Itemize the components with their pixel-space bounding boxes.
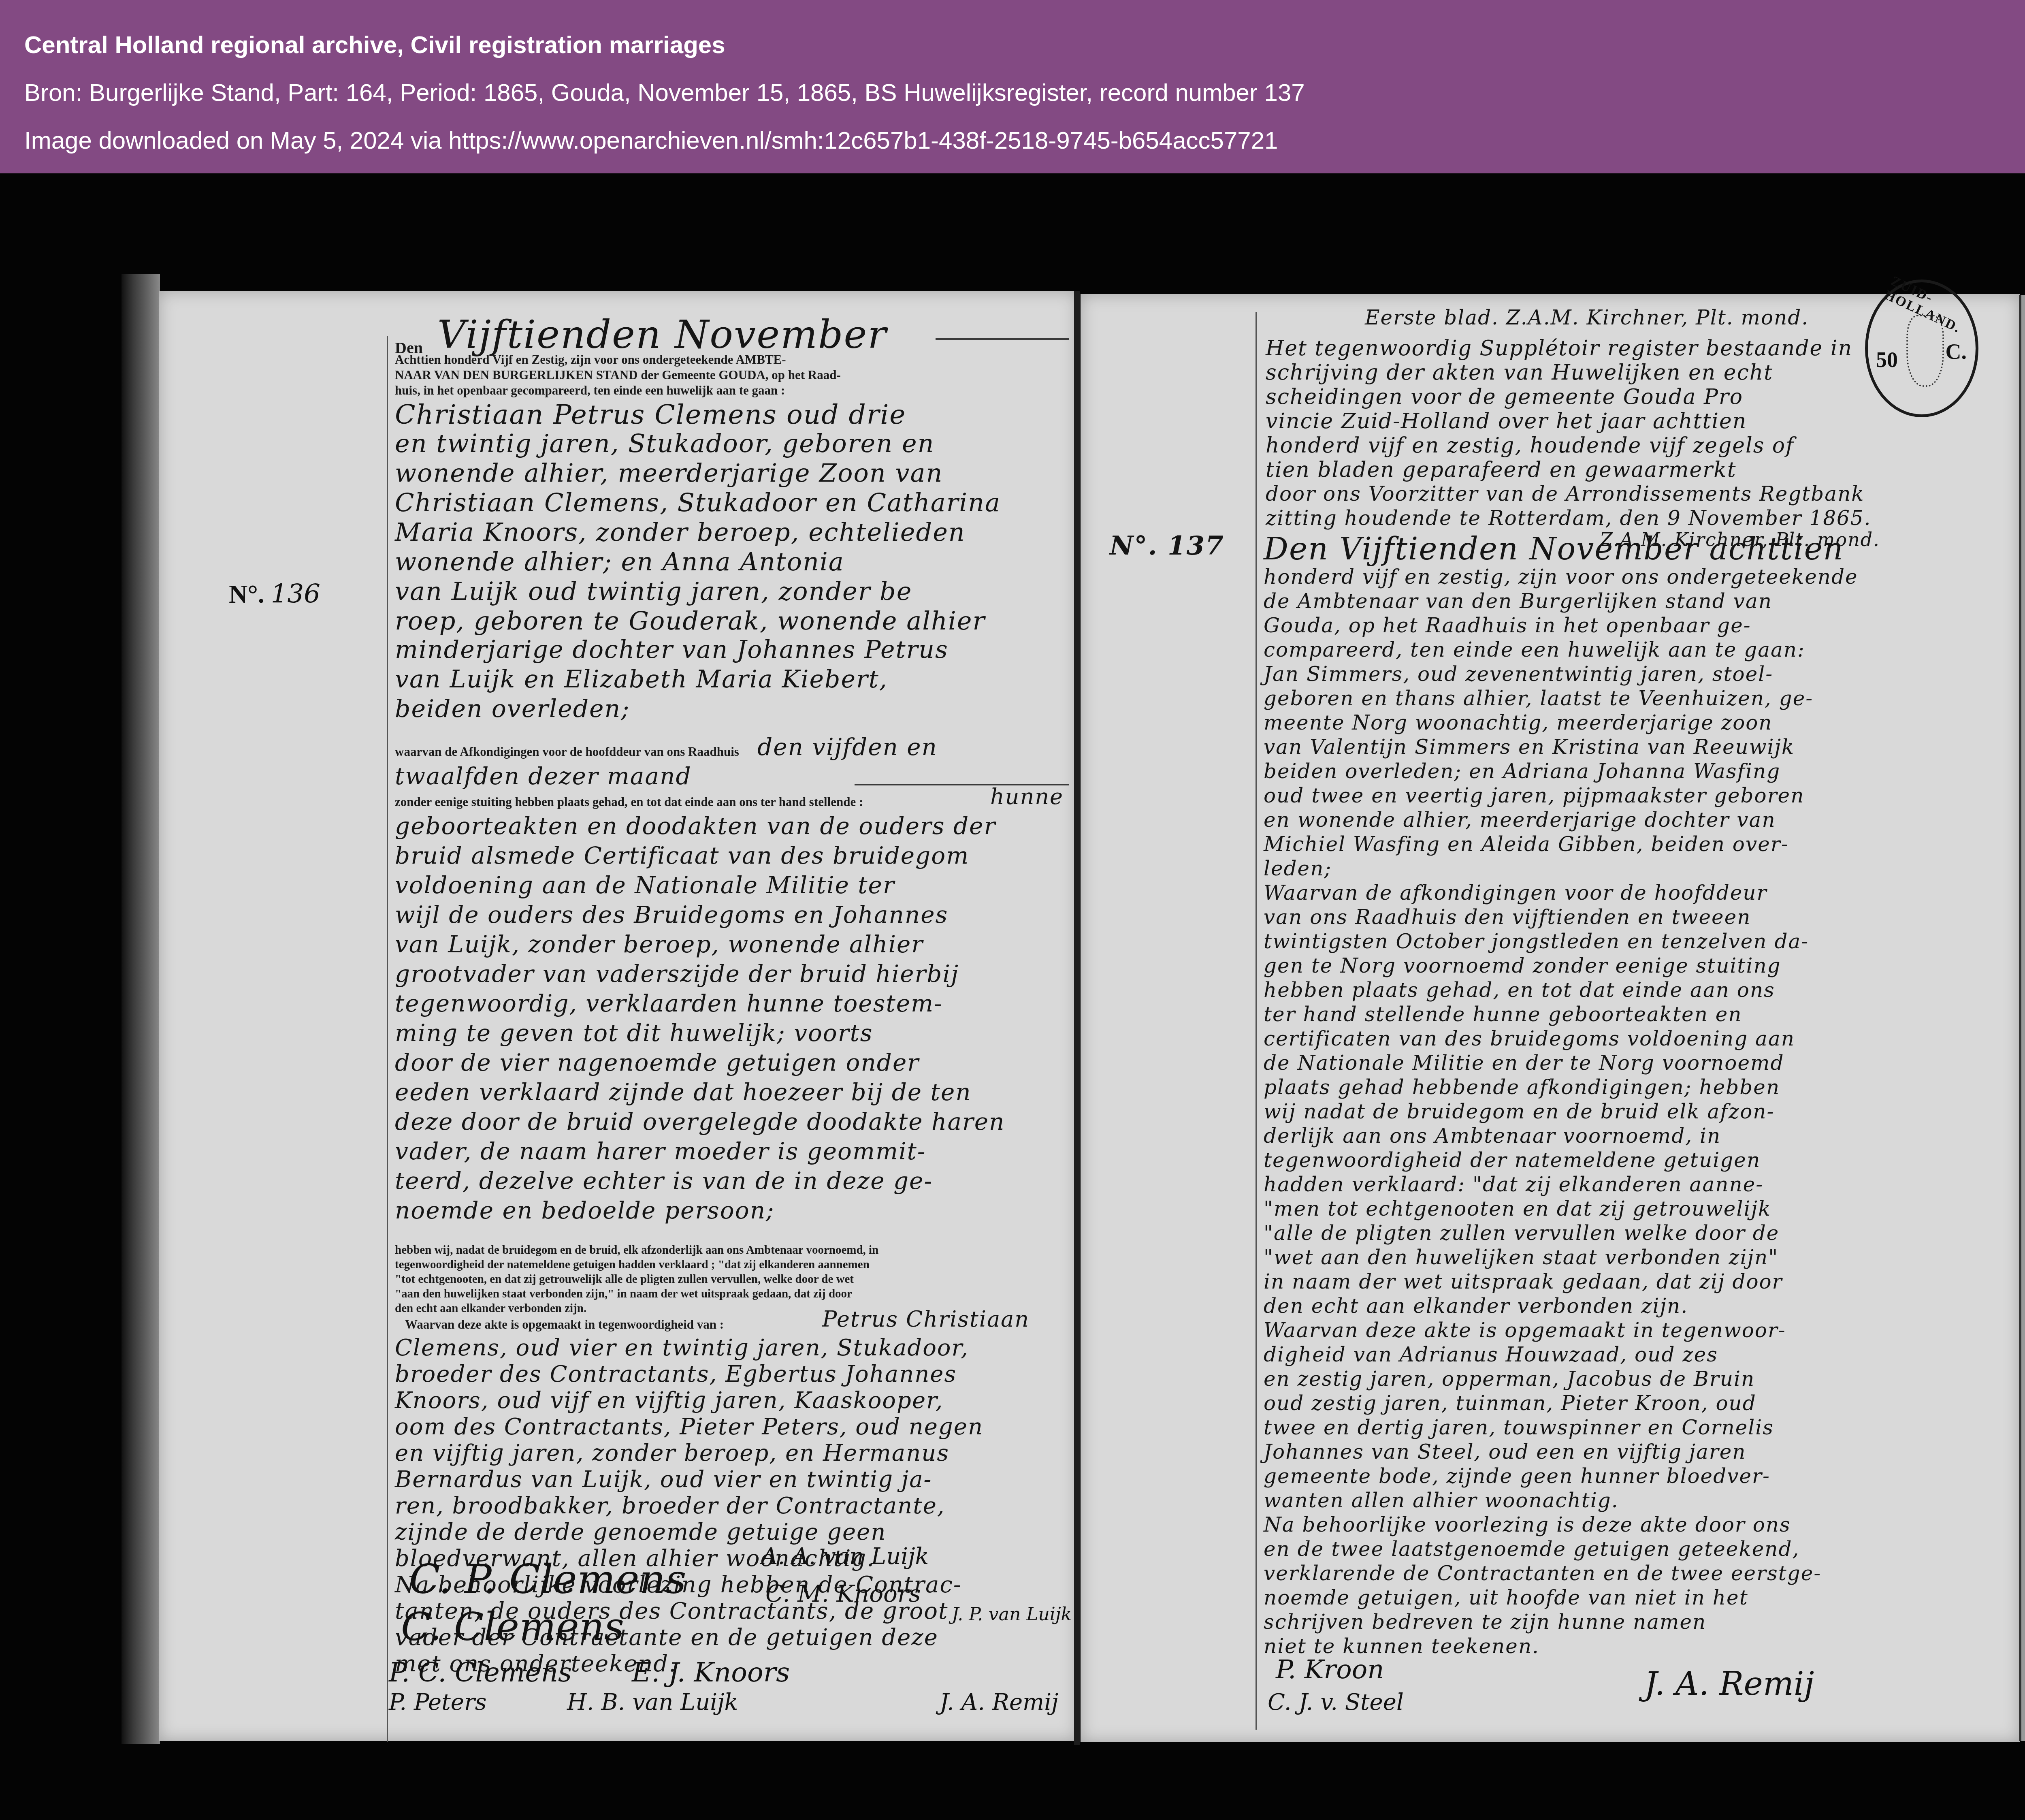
proclamation-dates-1: den vijfden en — [757, 733, 938, 761]
signature: E. J. Knoors — [632, 1657, 790, 1688]
bleed-through-text — [194, 365, 296, 379]
archive-title: Central Holland regional archive, Civil … — [24, 21, 2025, 69]
proclamation-dates-2: twaalfden dezer maand — [395, 762, 692, 790]
signature: J. P. van Luijk — [952, 1604, 1072, 1625]
signature: A. A. van Luijk — [761, 1543, 929, 1570]
date-handwritten: Vijftienden November — [437, 312, 887, 357]
left-margin-rule — [387, 336, 388, 1742]
crest-icon — [1906, 315, 1944, 387]
stamp-value: 50 — [1876, 347, 1898, 372]
rule — [936, 338, 1069, 340]
signature: C. P. Clemens — [409, 1555, 686, 1603]
stamp-unit: C. — [1946, 339, 1967, 364]
signature: C. J. v. Steel — [1268, 1689, 1404, 1715]
printed-witness-intro: Waarvan deze akte is opgemaakt in tegenw… — [405, 1317, 724, 1332]
record-number-136: N°. 136 — [229, 579, 320, 609]
download-note: Image downloaded on May 5, 2024 via http… — [24, 117, 2025, 164]
signature: H. B. van Luijk — [567, 1689, 738, 1715]
book-spine — [1074, 291, 1080, 1745]
signature: P. Peters — [389, 1689, 486, 1715]
source-citation: Bron: Burgerlijke Stand, Part: 164, Peri… — [24, 69, 2025, 117]
signature: P. Kroon — [1276, 1655, 1384, 1685]
right-margin-rule — [1255, 312, 1257, 1730]
archive-info-banner: Central Holland regional archive, Civil … — [0, 0, 2025, 173]
tax-stamp: ZUID-HOLLAND. 50 C. — [1865, 280, 1978, 417]
signature: C. M. Knoors — [765, 1580, 921, 1607]
header-note: Eerste blad. Z.A.M. Kirchner, Plt. mond. — [1365, 306, 1809, 329]
signature: J. A. Remij — [940, 1689, 1058, 1715]
signature: C. Clemens — [401, 1604, 624, 1649]
record-number-137: N°. 137 — [1110, 531, 1224, 561]
printed-proclamation: waarvan de Afkondigingen voor de hoofdde… — [395, 745, 739, 759]
printed-stuiting: zonder eenige stuiting hebben plaats geh… — [395, 795, 863, 809]
page-stack-edge — [2019, 295, 2025, 1741]
signature: J. A. Remij — [1644, 1665, 1814, 1703]
book-cover-edge — [122, 274, 160, 1744]
signature: P. C. Clemens — [389, 1657, 572, 1688]
